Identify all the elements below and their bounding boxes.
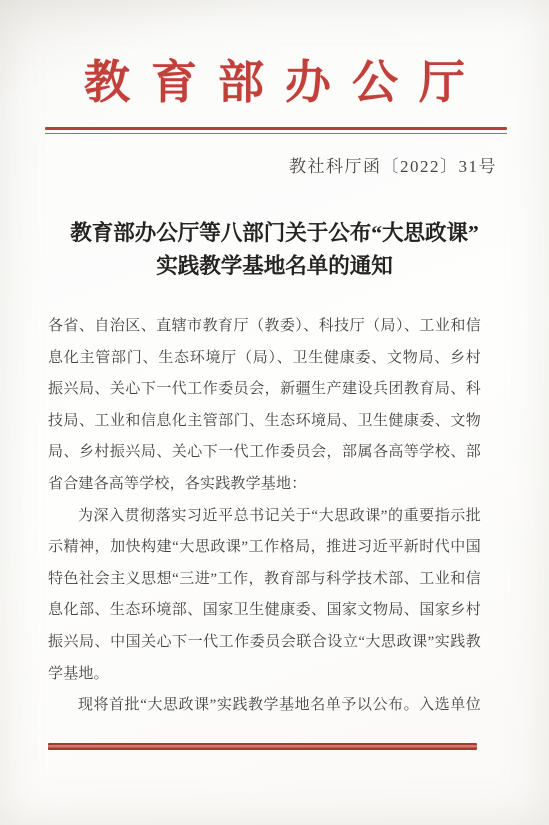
body-line: 特色社会主义思想“三进”工作，教育部与科学技术部、工业和信 <box>48 564 481 596</box>
body-line: 省合建各高等学校，各实践教学基地： <box>48 469 481 501</box>
official-notice-page: 教育部办公厅 教社科厅函〔2022〕31号 教育部办公厅等八部门关于公布“大思政… <box>0 0 549 825</box>
body-line: 息化主管部门、生态环境厅（局）、卫生健康委、文物局、乡村 <box>48 343 481 375</box>
body-line: 技局、工业和信息化主管部门、生态环境局、卫生健康委、文物 <box>48 406 481 438</box>
notice-body: 各省、自治区、直辖市教育厅（教委）、科技厅（局）、工业和信 息化主管部门、生态环… <box>48 311 481 722</box>
bottom-divider-line <box>48 743 477 750</box>
body-line: 振兴局、关心下一代工作委员会，新疆生产建设兵团教育局、科 <box>48 374 481 406</box>
body-line: 为深入贯彻落实习近平总书记关于“大思政课”的重要指示批 <box>48 501 481 533</box>
divider-thin-rule <box>45 133 507 135</box>
letterhead-agency-name: 教育部办公厅 <box>0 54 549 112</box>
letterhead-divider-line <box>45 127 507 134</box>
body-line: 各省、自治区、直辖市教育厅（教委）、科技厅（局）、工业和信 <box>48 311 481 343</box>
document-reference-number: 教社科厅函〔2022〕31号 <box>289 152 497 177</box>
notice-title-line-1: 教育部办公厅等八部门关于公布“大思政课” <box>20 217 529 250</box>
body-line: 局、乡村振兴局、关心下一代工作委员会，部属各高等学校、部 <box>48 437 481 469</box>
body-line: 振兴局、中国关心下一代工作委员会联合设立“大思政课”实践教 <box>48 627 481 659</box>
body-line: 现将首批“大思政课”实践教学基地名单予以公布。入选单位 <box>48 690 481 722</box>
notice-title-line-2: 实践教学基地名单的通知 <box>20 250 529 283</box>
notice-title: 教育部办公厅等八部门关于公布“大思政课” 实践教学基地名单的通知 <box>20 217 529 283</box>
body-line: 息化部、生态环境部、国家卫生健康委、国家文物局、国家乡村 <box>48 595 481 627</box>
body-line: 示精神，加快构建“大思政课”工作格局，推进习近平新时代中国 <box>48 532 481 564</box>
body-line: 学基地。 <box>48 659 481 691</box>
